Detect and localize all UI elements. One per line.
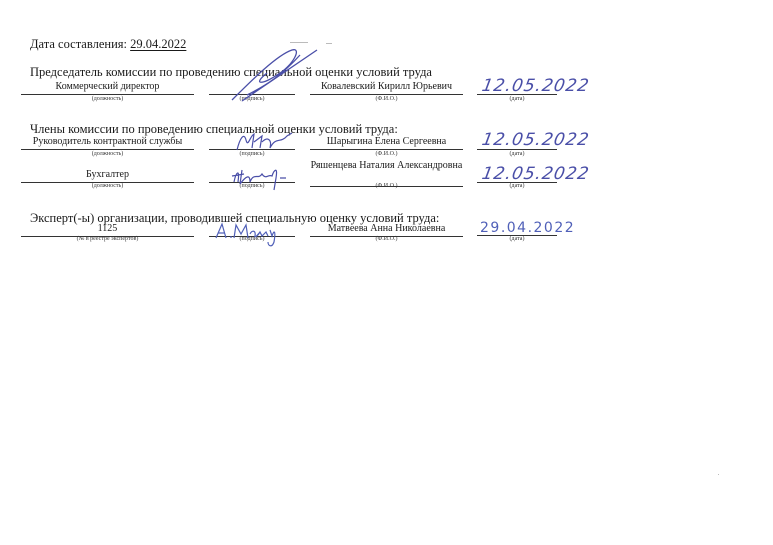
chair-position-caption: (должность): [21, 96, 194, 102]
compiled-date-value: 29.04.2022: [130, 37, 186, 51]
member-2-name-caption: (Ф.И.О.): [310, 183, 463, 189]
expert-date-caption: (дата): [477, 236, 557, 242]
compiled-date-label: Дата составления:: [30, 37, 127, 51]
chair-signature-icon: [222, 45, 322, 105]
chair-position-field: Коммерческий директор: [21, 80, 194, 95]
scan-artifact: [326, 43, 332, 44]
expert-registry-field: 1125: [21, 222, 194, 237]
scan-artifact: [718, 474, 719, 475]
expert-date-handwritten: 29.04.2022: [480, 220, 575, 236]
chair-name-caption: (Ф.И.О.): [310, 96, 463, 102]
scan-artifact: [290, 42, 308, 43]
member-2-position-field: Бухгалтер: [21, 168, 194, 183]
member-1-date-handwritten: 12.05.2022: [480, 130, 591, 150]
member-1-position-caption: (должность): [21, 151, 194, 157]
member-1-position-field: Руководитель контрактной службы: [21, 135, 194, 150]
expert-registry-caption: (№ в реестре экспертов): [21, 236, 194, 242]
compiled-date-line: Дата составления: 29.04.2022: [30, 37, 186, 52]
member-1-name-field: Шарыгина Елена Сергеевна: [310, 135, 463, 150]
chair-name-field: Ковалевский Кирилл Юрьевич: [310, 80, 463, 95]
chair-date-caption: (дата): [477, 96, 557, 102]
member-2-date-handwritten: 12.05.2022: [480, 164, 591, 184]
member-2-date-caption: (дата): [477, 183, 557, 189]
expert-name-field: Матвеева Анна Николаевна: [310, 222, 463, 237]
member-1-date-caption: (дата): [477, 151, 557, 157]
member-2-signature-icon: [228, 166, 298, 194]
member-2-position-caption: (должность): [21, 183, 194, 189]
member-1-name-caption: (Ф.И.О.): [310, 151, 463, 157]
expert-signature-icon: [212, 220, 282, 252]
expert-name-caption: (Ф.И.О.): [310, 236, 463, 242]
chair-date-handwritten: 12.05.2022: [480, 76, 591, 96]
member-1-signature-icon: [232, 130, 302, 155]
